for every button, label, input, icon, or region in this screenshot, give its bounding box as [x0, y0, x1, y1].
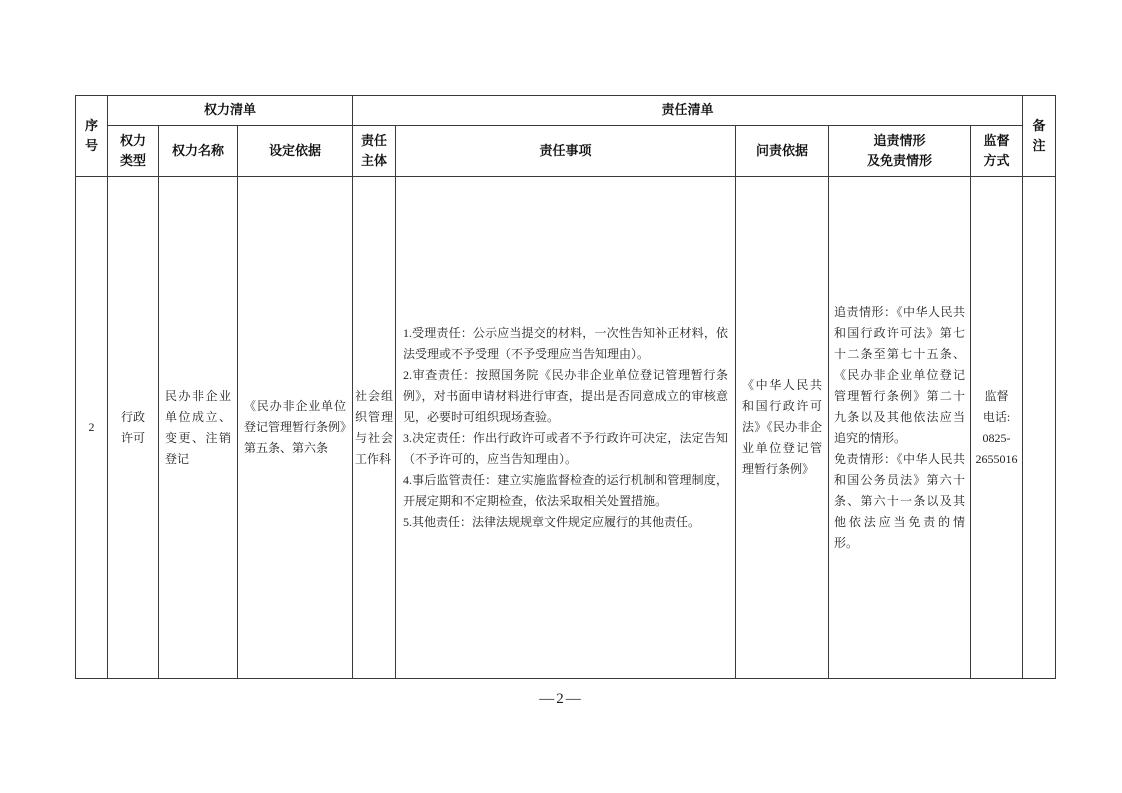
duty-item-3: 3.决定责任：作出行政许可或者不予行政许可决定，法定告知（不予许可的，应当告知理…	[403, 428, 728, 470]
duty-item-5: 5.其他责任：法律法规规章文件规定应履行的其他责任。	[403, 512, 728, 533]
duty-item-4: 4.事后监管责任：建立实施监督检查的运行机制和管理制度，开展定期和不定期检查，依…	[403, 470, 728, 512]
header-pursuit-exemption: 追责情形 及免责情形	[829, 126, 971, 177]
header-power-type: 权力 类型	[108, 126, 159, 177]
cell-responsibility-items: 1.受理责任：公示应当提交的材料，一次性告知补正材料，依法受理或不予受理（不予受…	[396, 177, 736, 679]
cell-supervision-method: 监督 电话: 0825- 2655016	[971, 177, 1023, 679]
header-index: 序 号	[76, 96, 108, 177]
power-responsibility-table: 序 号 权力清单 责任清单 备 注 权力 类型 权力名称 设定依据 责任 主体 …	[75, 95, 1056, 679]
cell-pursuit-exemption: 追责情形：《中华人民共和国行政许可法》第七十二条至第七十五条、《民办非企业单位登…	[829, 177, 971, 679]
duty-item-1: 1.受理责任：公示应当提交的材料，一次性告知补正材料，依法受理或不予受理（不予受…	[403, 323, 728, 365]
document-page: 序 号 权力清单 责任清单 备 注 权力 类型 权力名称 设定依据 责任 主体 …	[0, 0, 1122, 793]
pursuit-situations: 追责情形：《中华人民共和国行政许可法》第七十二条至第七十五条、《民办非企业单位登…	[834, 302, 965, 449]
duty-item-2: 2.审查责任：按照国务院《民办非企业单位登记管理暂行条例》，对书面申请材料进行审…	[403, 365, 728, 428]
header-accountability-basis: 问责依据	[736, 126, 829, 177]
cell-accountability-basis: 《中华人民共和国行政许可法》《民办非企业单位登记管理暂行条例》	[736, 177, 829, 679]
page-number: —2—	[0, 691, 1122, 708]
header-responsibility-items: 责任事项	[396, 126, 736, 177]
header-power-list: 权力清单	[108, 96, 353, 126]
cell-responsibility-subject: 社会组织管理与社会工作科	[353, 177, 396, 679]
header-responsibility-subject: 责任 主体	[353, 126, 396, 177]
header-power-name: 权力名称	[159, 126, 238, 177]
header-responsibility-list: 责任清单	[353, 96, 1023, 126]
table-row: 2 行政 许可 民办非企业单位成立、变更、注销登记 《民办非企业单位登记管理暂行…	[76, 177, 1056, 679]
cell-setting-basis: 《民办非企业单位登记管理暂行条例》第五条、第六条	[238, 177, 353, 679]
cell-remarks	[1023, 177, 1056, 679]
cell-power-name: 民办非企业单位成立、变更、注销登记	[159, 177, 238, 679]
header-remarks: 备 注	[1023, 96, 1056, 177]
cell-index: 2	[76, 177, 108, 679]
header-supervision-method: 监督 方式	[971, 126, 1023, 177]
exemption-situations: 免责情形：《中华人民共和国公务员法》第六十条、第六十一条以及其他依法应当免责的情…	[834, 449, 965, 554]
header-setting-basis: 设定依据	[238, 126, 353, 177]
cell-power-type: 行政 许可	[108, 177, 159, 679]
